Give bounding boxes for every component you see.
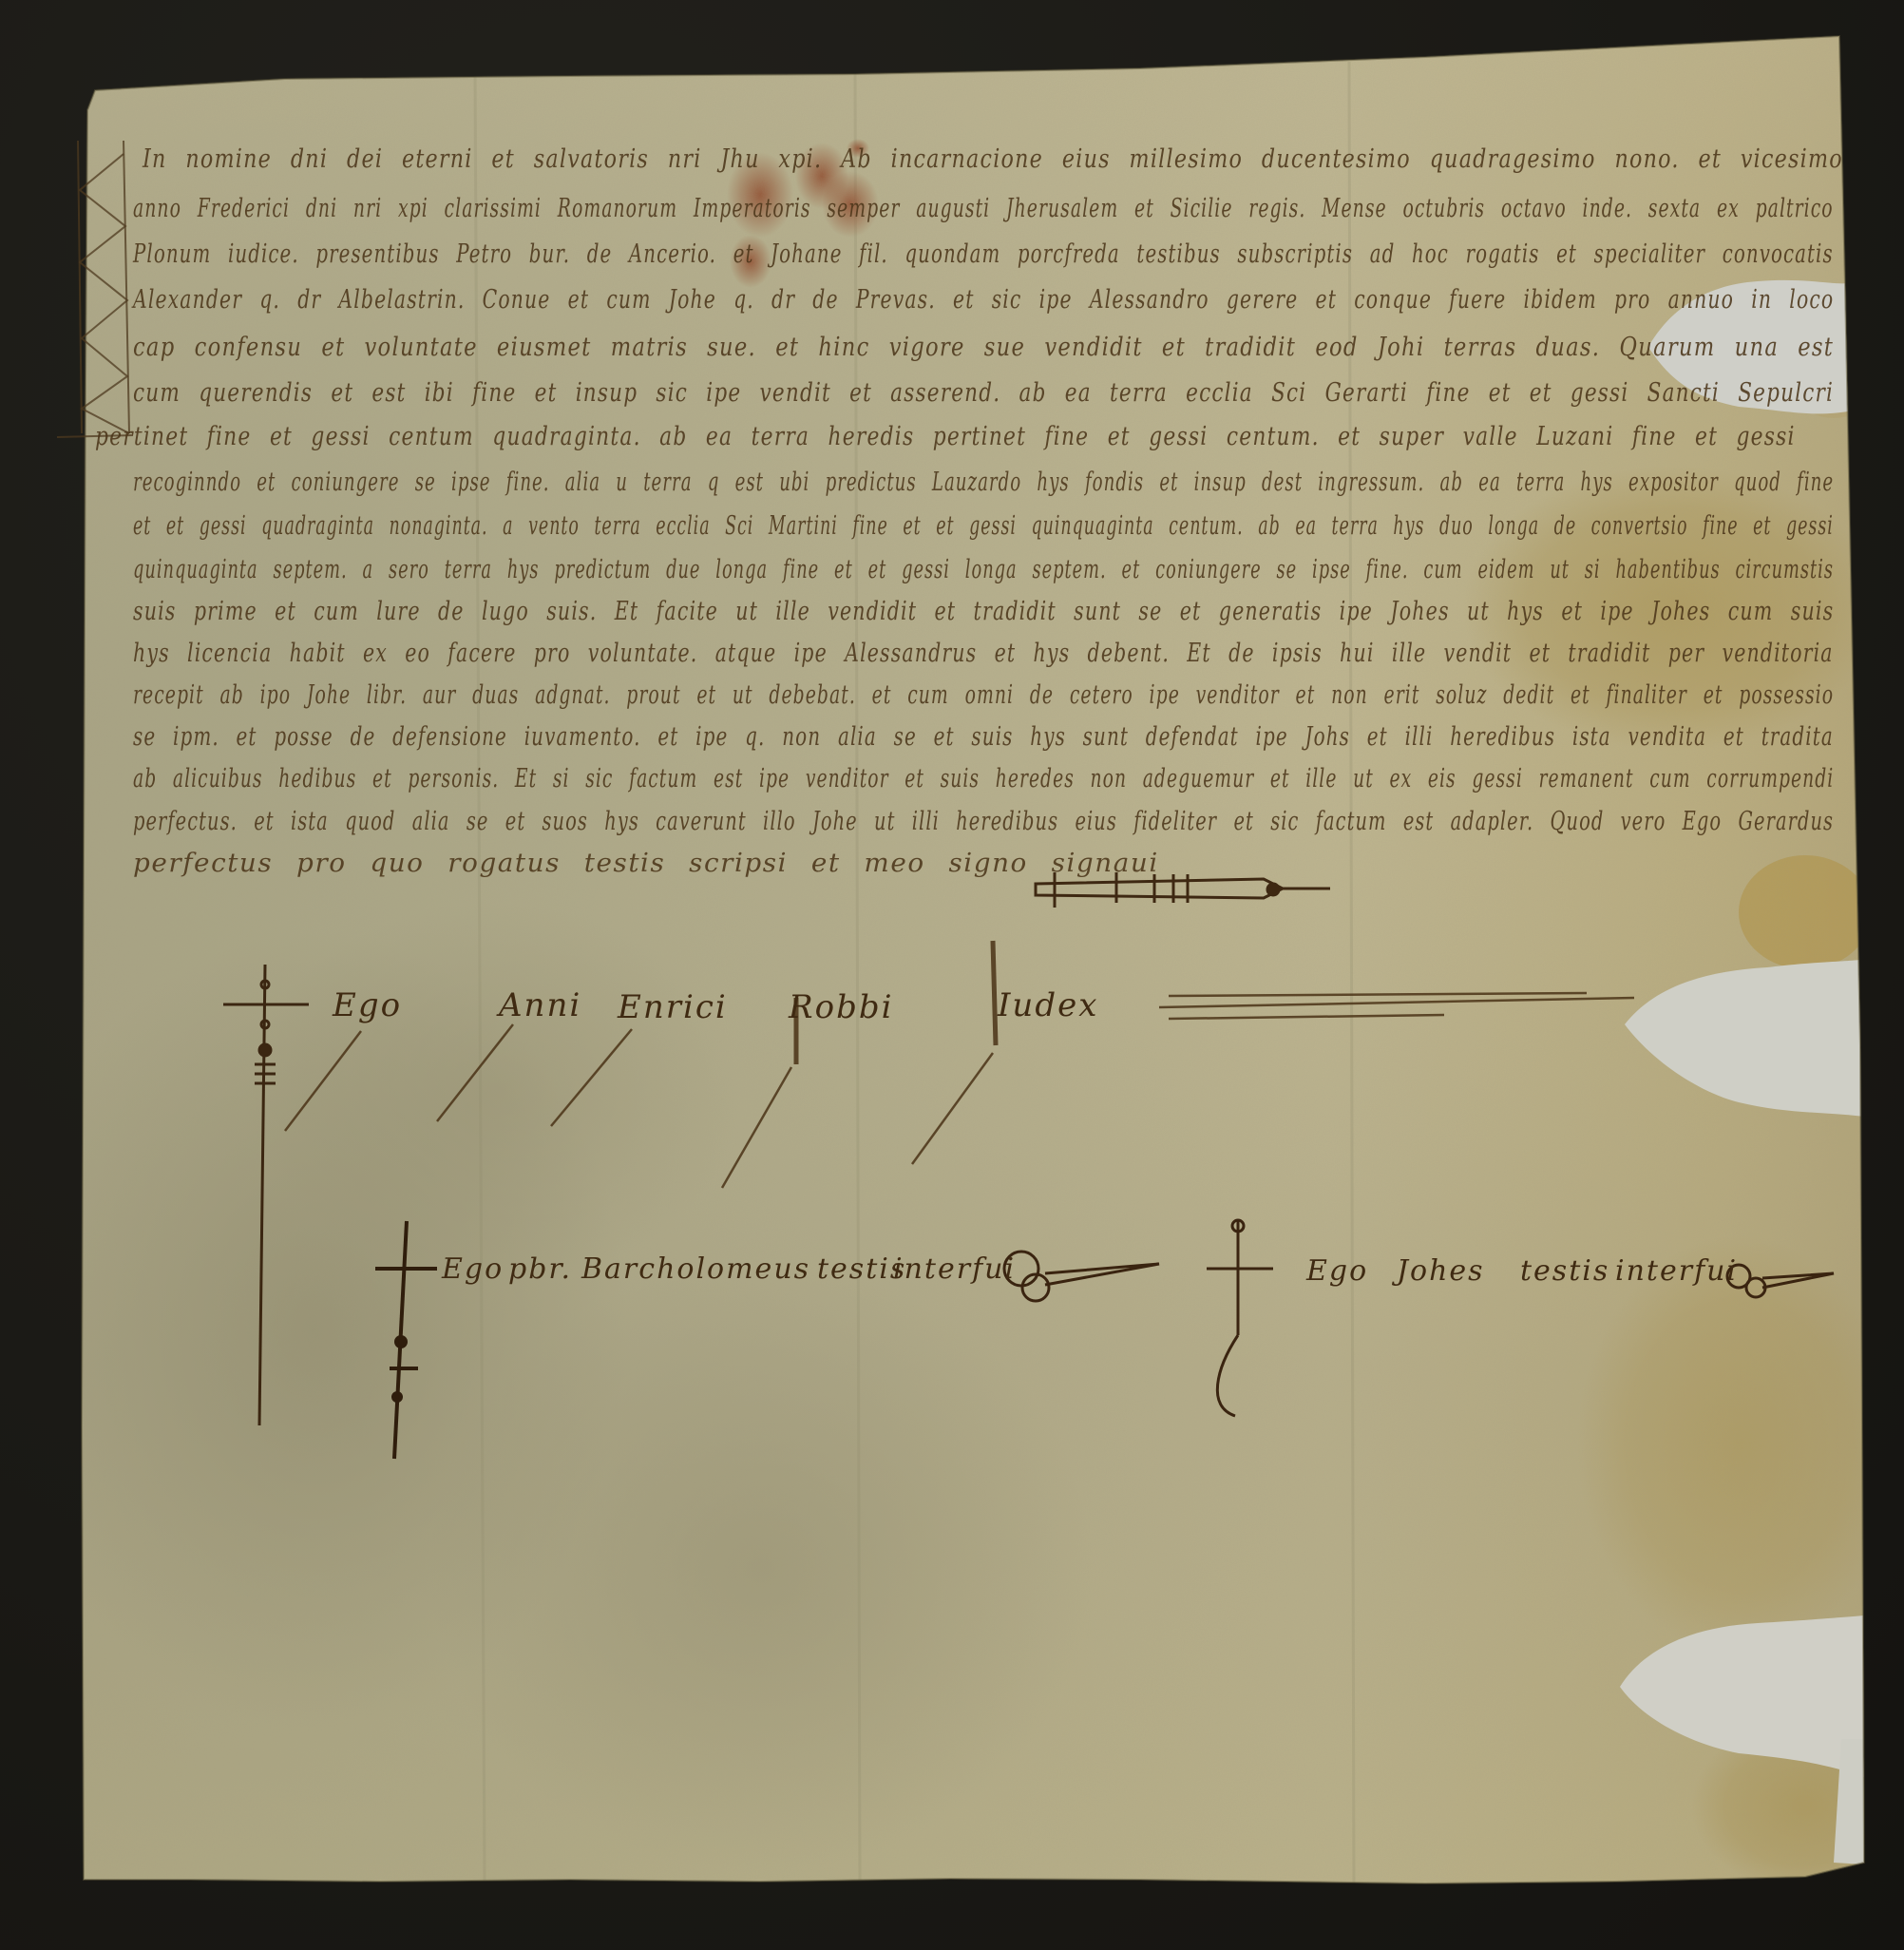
text-line-13: recepit ab ipo Johe libr. aur duas adgna…: [133, 680, 1834, 710]
text-line-7: pertinet fine et gessi centum quadragint…: [95, 422, 1796, 451]
subscription-interfui-1: interfui: [893, 1252, 1016, 1286]
subscription-testis-2: testis: [1520, 1254, 1609, 1288]
subscription-ego-1: Ego: [333, 986, 402, 1024]
text-line-16: perfectus. et ista quod alia se et suos …: [133, 807, 1834, 836]
subscription-ego-3: Ego: [1306, 1254, 1368, 1288]
subscription-robbi: Robbi: [789, 988, 893, 1026]
subscription-enrici: Enrici: [618, 988, 728, 1026]
text-line-14: se ipm. et posse de defensione iuvamento…: [133, 722, 1834, 752]
text-line-5: cap confensu et voluntate eiusmet matris…: [133, 333, 1834, 362]
text-line-2: anno Frederici dni nri xpi clarissimi Ro…: [133, 194, 1834, 223]
text-line-1: In nomine dni dei eterni et salvatoris n…: [143, 144, 1843, 174]
text-line-6: cum querendis et est ibi fine et insup s…: [133, 378, 1834, 408]
text-line-4: Alexander q. dr Albelastrin. Conue et cu…: [133, 285, 1834, 315]
text-line-10: quinquaginta septem. a sero terra hys pr…: [133, 555, 1834, 584]
subscription-iudex: Iudex: [998, 986, 1098, 1024]
subscription-ego-2: Ego: [442, 1252, 504, 1286]
text-line-11: suis prime et cum lure de lugo suis. Et …: [133, 597, 1834, 626]
subscription-interfui-2: interfui: [1615, 1254, 1738, 1288]
subscription-pbr: pbr.: [508, 1252, 572, 1286]
subscription-barcholomeus: Barcholomeus: [581, 1252, 810, 1286]
text-line-17: perfectus pro quo rogatus testis scripsi…: [133, 849, 1159, 878]
text-line-15: ab alicuibus hedibus et personis. Et si …: [133, 764, 1834, 793]
text-line-9: et et gessi quadraginta nonaginta. a ven…: [133, 511, 1834, 541]
text-line-3: Plonum iudice. presentibus Petro bur. de…: [133, 239, 1834, 269]
text-line-12: hys licencia habit ex eo facere pro volu…: [133, 639, 1834, 668]
subscription-anni: Anni: [499, 986, 581, 1024]
text-line-8: recoginndo et coniungere se ipse fine. a…: [133, 468, 1834, 497]
subscription-johes: Johes: [1397, 1254, 1485, 1288]
